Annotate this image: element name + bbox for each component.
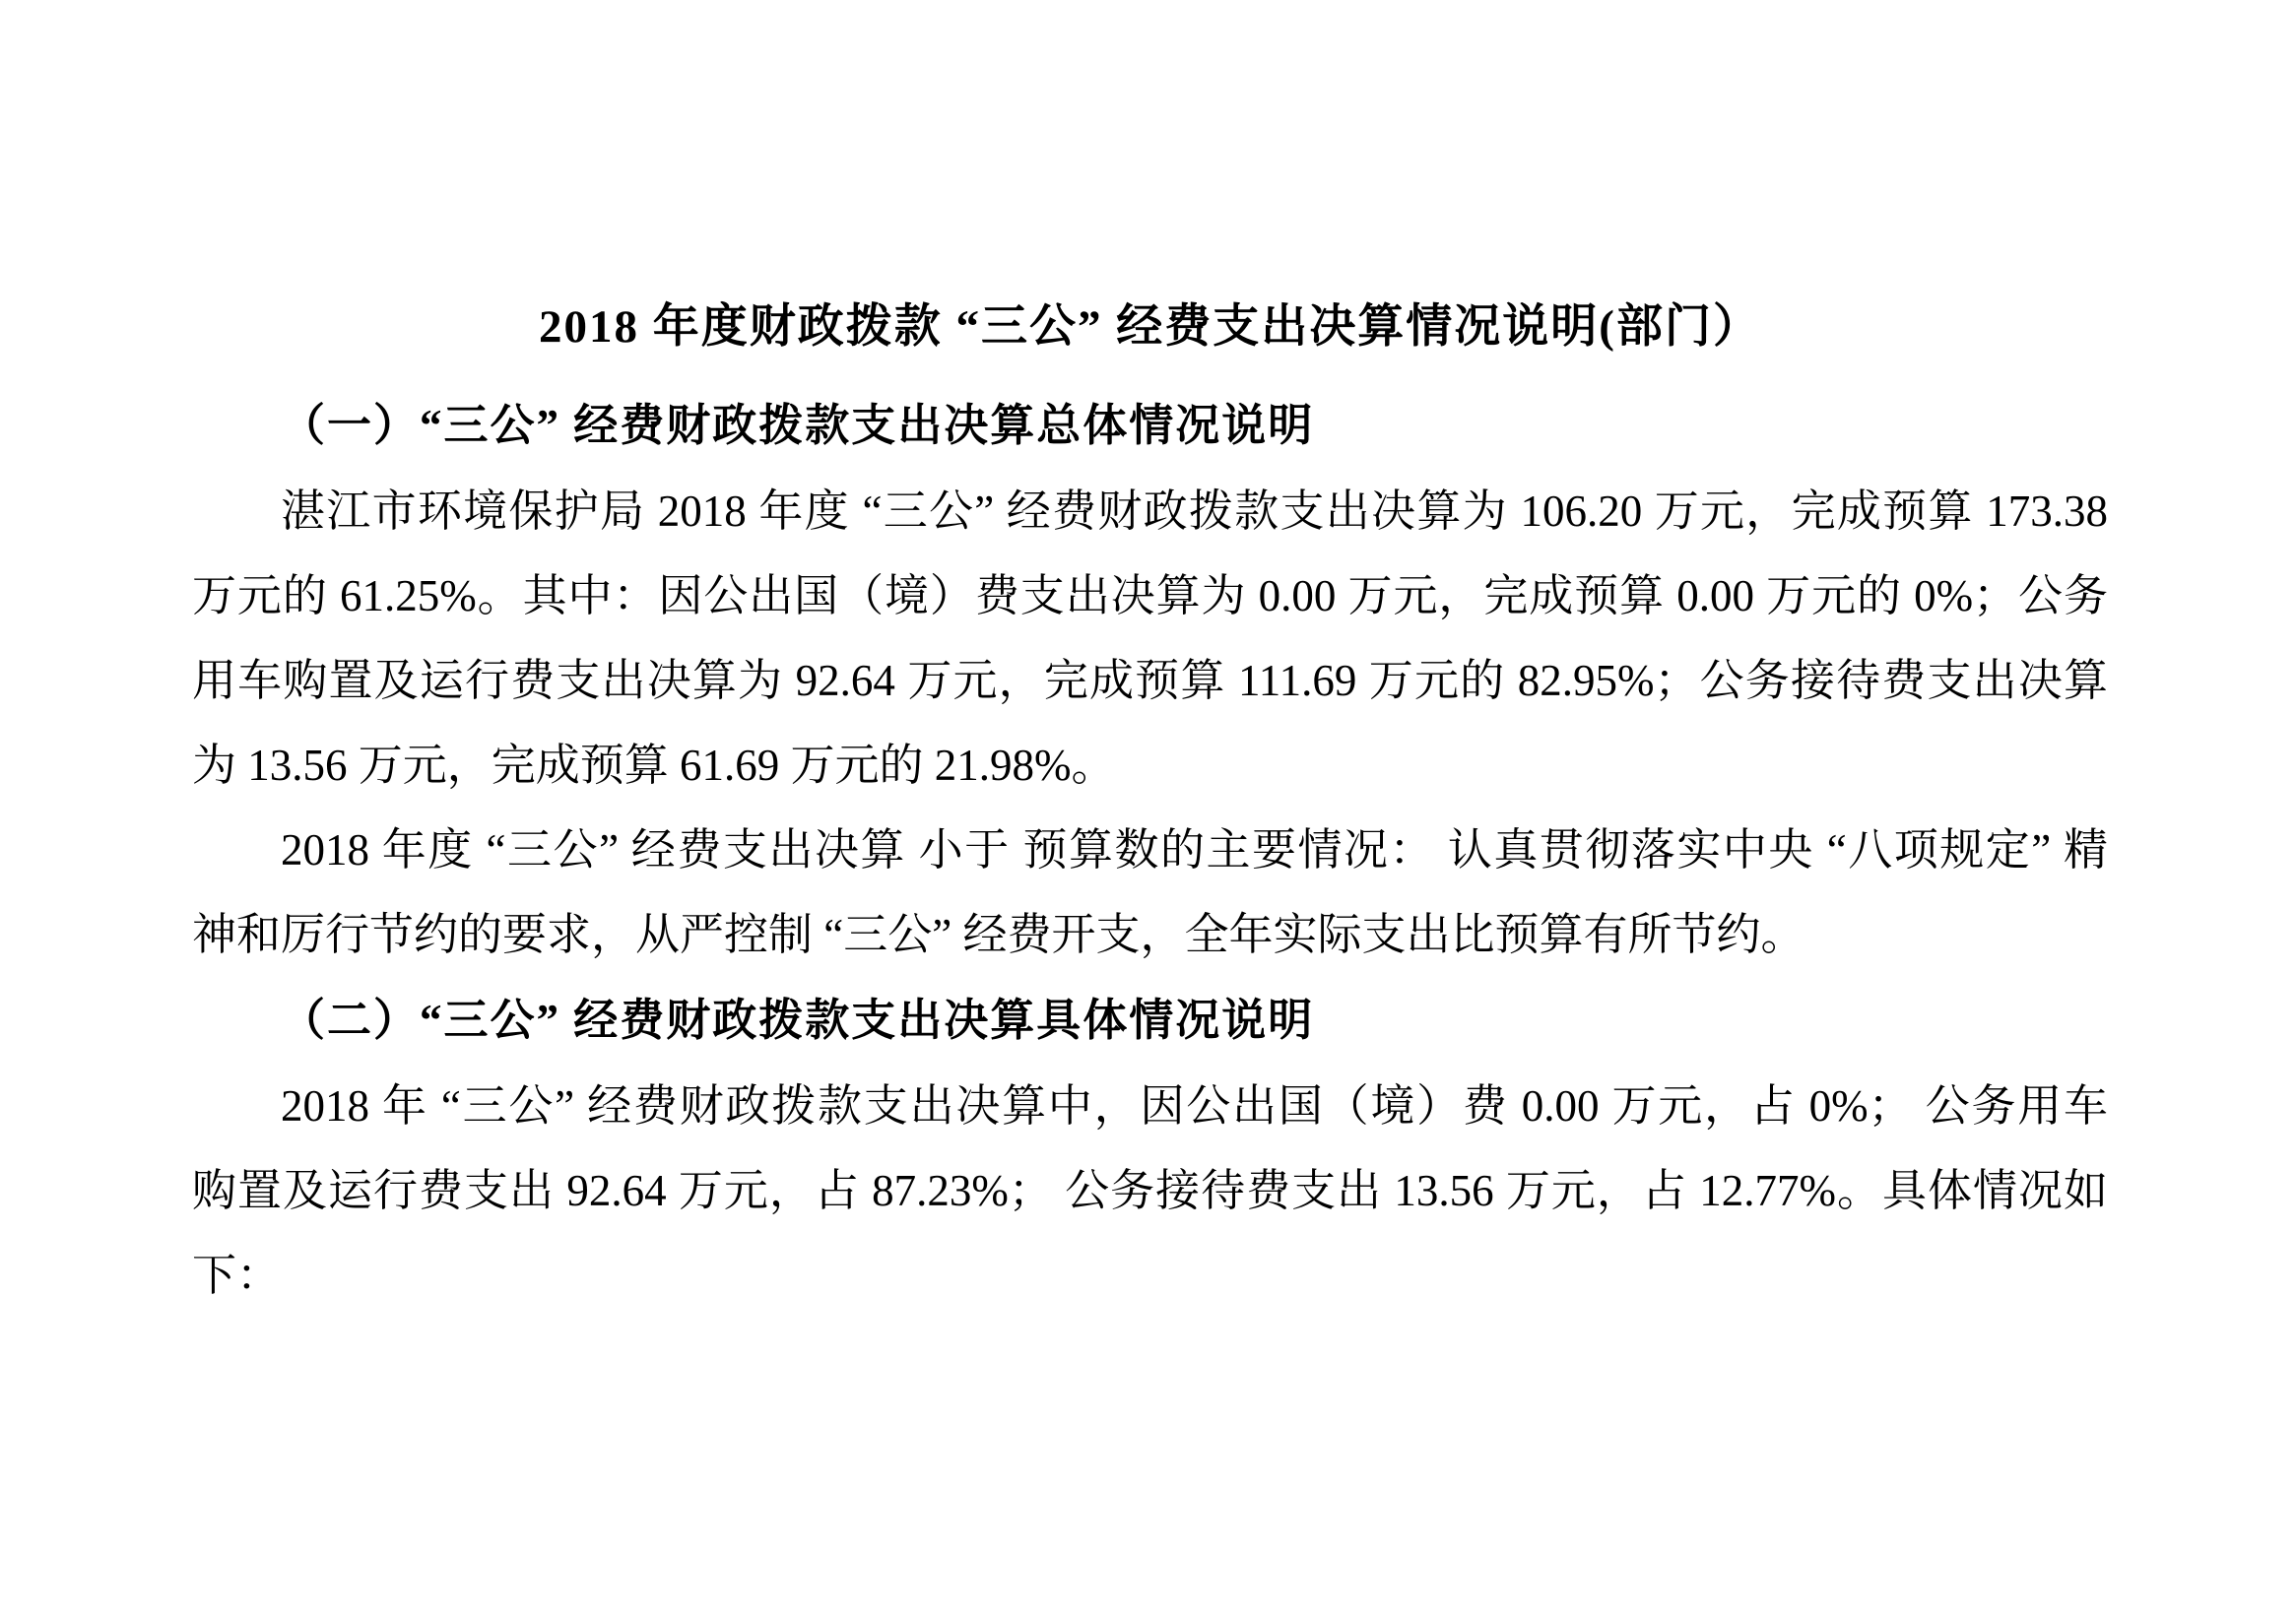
paragraph-line: 下： xyxy=(192,1233,2108,1318)
paragraph-overall-explanation: 湛江市环境保护局 2018 年度 “三公” 经费财政拨款支出决算为 106.20… xyxy=(192,469,2108,808)
paragraph-line: 湛江市环境保护局 2018 年度 “三公” 经费财政拨款支出决算为 106.20… xyxy=(192,469,2108,553)
section-1-heading: （一）“三公” 经费财政拨款支出决算总体情况说明 xyxy=(192,382,2108,469)
paragraph-line: 神和厉行节约的要求，从严控制 “三公” 经费开支，全年实际支出比预算有所节约。 xyxy=(192,892,2108,977)
paragraph-specific-explanation: 2018 年 “三公” 经费财政拨款支出决算中，因公出国（境）费 0.00 万元… xyxy=(192,1064,2108,1318)
section-2-heading: （二）“三公” 经费财政拨款支出决算具体情况说明 xyxy=(192,977,2108,1064)
paragraph-line: 购置及运行费支出 92.64 万元，占 87.23%； 公务接待费支出 13.5… xyxy=(192,1148,2108,1233)
document-title: 2018 年度财政拨款 “三公” 经费支出决算情况说明(部门） xyxy=(192,284,2108,370)
paragraph-budget-savings-explanation: 2018 年度 “三公” 经费支出决算 小于 预算数的主要情况： 认真贯彻落实中… xyxy=(192,808,2108,977)
document-page: 2018 年度财政拨款 “三公” 经费支出决算情况说明(部门） （一）“三公” … xyxy=(0,0,2296,1621)
paragraph-line: 2018 年度 “三公” 经费支出决算 小于 预算数的主要情况： 认真贯彻落实中… xyxy=(192,808,2108,892)
paragraph-line: 2018 年 “三公” 经费财政拨款支出决算中，因公出国（境）费 0.00 万元… xyxy=(192,1064,2108,1148)
paragraph-line: 为 13.56 万元，完成预算 61.69 万元的 21.98%。 xyxy=(192,723,2108,808)
paragraph-line: 用车购置及运行费支出决算为 92.64 万元，完成预算 111.69 万元的 8… xyxy=(192,638,2108,723)
paragraph-line: 万元的 61.25%。其中：因公出国（境）费支出决算为 0.00 万元，完成预算… xyxy=(192,553,2108,638)
